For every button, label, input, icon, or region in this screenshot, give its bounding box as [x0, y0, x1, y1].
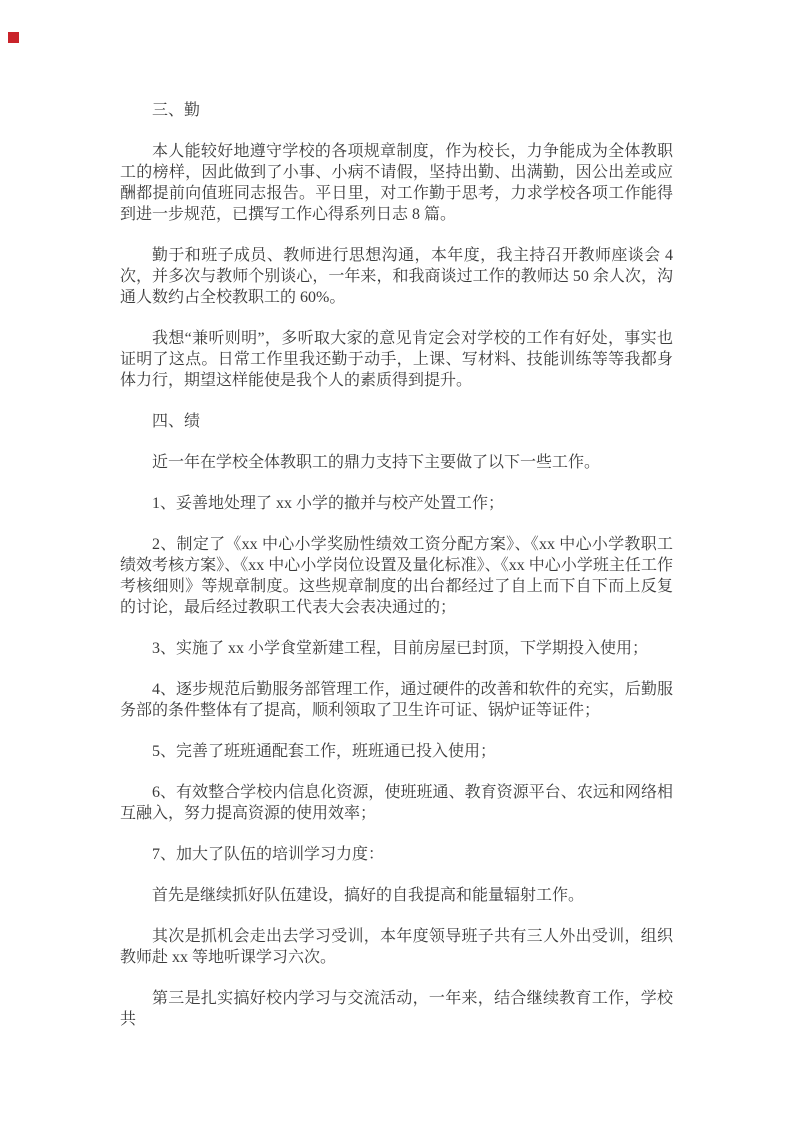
- document-page: 三、勤 本人能较好地遵守学校的各项规章制度，作为校长，力争能成为全体教职工的榜样…: [0, 0, 793, 1122]
- paragraph: 勤于和班子成员、教师进行思想沟通，本年度，我主持召开教师座谈会 4 次，并多次与…: [120, 245, 673, 308]
- paragraph: 本人能较好地遵守学校的各项规章制度，作为校长，力争能成为全体教职工的榜样，因此做…: [120, 141, 673, 225]
- paragraph: 第三是扎实搞好校内学习与交流活动，一年来，结合继续教育工作，学校共: [120, 988, 673, 1030]
- section-heading: 三、勤: [120, 100, 673, 121]
- paragraph: 1、妥善地处理了 xx 小学的撤并与校产处置工作；: [120, 493, 673, 514]
- section-heading: 四、绩: [120, 411, 673, 432]
- paragraph: 4、逐步规范后勤服务部管理工作，通过硬件的改善和软件的充实，后勤服务部的条件整体…: [120, 679, 673, 721]
- paragraph: 2、制定了《xx 中心小学奖励性绩效工资分配方案》、《xx 中心小学教职工绩效考…: [120, 534, 673, 618]
- red-corner-mark: [8, 32, 19, 43]
- paragraph: 5、完善了班班通配套工作，班班通已投入使用；: [120, 741, 673, 762]
- paragraph: 7、加大了队伍的培训学习力度：: [120, 844, 673, 865]
- paragraph: 3、实施了 xx 小学食堂新建工程，目前房屋已封顶，下学期投入使用；: [120, 638, 673, 659]
- paragraph: 其次是抓机会走出去学习受训，本年度领导班子共有三人外出受训，组织教师赴 xx 等…: [120, 926, 673, 968]
- paragraph: 6、有效整合学校内信息化资源，使班班通、教育资源平台、农远和网络相互融入，努力提…: [120, 782, 673, 824]
- paragraph: 我想“兼听则明”，多听取大家的意见肯定会对学校的工作有好处，事实也证明了这点。日…: [120, 328, 673, 391]
- document-body: 三、勤 本人能较好地遵守学校的各项规章制度，作为校长，力争能成为全体教职工的榜样…: [120, 100, 673, 1050]
- paragraph: 首先是继续抓好队伍建设，搞好的自我提高和能量辐射工作。: [120, 885, 673, 906]
- paragraph: 近一年在学校全体教职工的鼎力支持下主要做了以下一些工作。: [120, 452, 673, 473]
